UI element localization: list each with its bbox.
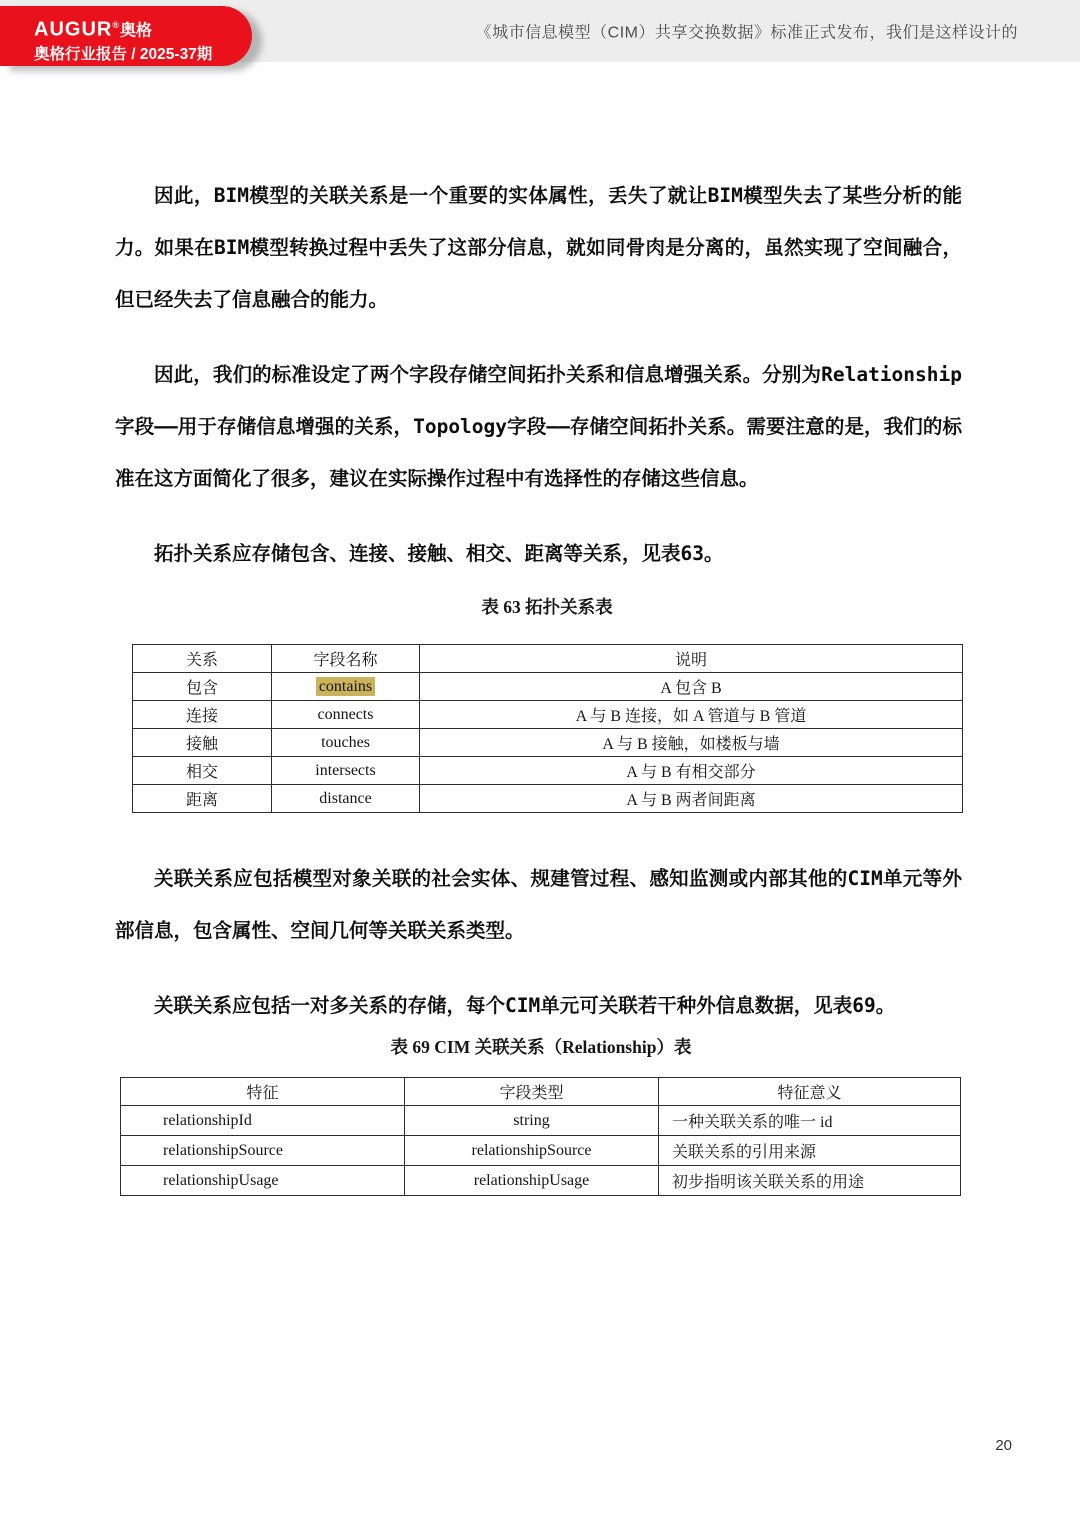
body-paragraph: 因此，BIM模型的关联关系是一个重要的实体属性，丢失了就让BIM模型失去了某些分… [115, 170, 962, 326]
table-cell: string [405, 1106, 659, 1136]
table-cell: 一种关联关系的唯一 id [659, 1106, 961, 1136]
brand-subtitle: 奥格行业报告 / 2025-37期 [34, 45, 252, 65]
table-cell: contains [272, 673, 420, 701]
body-paragraph: 关联关系应包括一对多关系的存储，每个CIM单元可关联若干种外信息数据，见表69。 [115, 980, 962, 1032]
table-cell: A 与 B 有相交部分 [420, 757, 963, 785]
table-cell: 初步指明该关联关系的用途 [659, 1166, 961, 1196]
table-header-cell: 特征意义 [659, 1078, 961, 1106]
table-cell: 距离 [133, 785, 272, 813]
table-cell: touches [272, 729, 420, 757]
header-bar: AUGUR®奥格 奥格行业报告 / 2025-37期 《城市信息模型（CIM）共… [0, 0, 1080, 62]
highlighted-text: contains [316, 677, 375, 696]
table-cell: 接触 [133, 729, 272, 757]
body-paragraph: 关联关系应包括模型对象关联的社会实体、规建管过程、感知监测或内部其他的CIM单元… [115, 853, 962, 957]
report-title: 《城市信息模型（CIM）共享交换数据》标准正式发布，我们是这样设计的 [476, 20, 1018, 43]
table-row: relationshipSourcerelationshipSource关联关系… [121, 1136, 961, 1166]
table-cell: 相交 [133, 757, 272, 785]
table-cell: relationshipUsage [405, 1166, 659, 1196]
table-header-cell: 关系 [133, 645, 272, 673]
table63-caption: 表 63 拓扑关系表 [132, 594, 962, 620]
brand-logo: AUGUR®奥格 [34, 14, 252, 43]
table-cell: connects [272, 701, 420, 729]
table-row: 包含containsA 包含 B [133, 673, 963, 701]
body-paragraph: 因此，我们的标准设定了两个字段存储空间拓扑关系和信息增强关系。分别为Relati… [115, 349, 962, 505]
document-body: 因此，BIM模型的关联关系是一个重要的实体属性，丢失了就让BIM模型失去了某些分… [115, 62, 962, 1196]
table-cell: A 与 B 接触，如楼板与墙 [420, 729, 963, 757]
cim-relationship-table: 特征字段类型特征意义relationshipIdstring一种关联关系的唯一 … [120, 1077, 961, 1196]
table69-caption: 表 69 CIM 关联关系（Relationship）表 [120, 1034, 962, 1060]
table-cell: relationshipSource [121, 1136, 405, 1166]
table-row: 连接connectsA 与 B 连接，如 A 管道与 B 管道 [133, 701, 963, 729]
table-header-cell: 字段类型 [405, 1078, 659, 1106]
table-row: 相交intersectsA 与 B 有相交部分 [133, 757, 963, 785]
page-number: 20 [995, 1437, 1012, 1454]
brand-logo-cn: 奥格 [120, 23, 152, 40]
table-cell: intersects [272, 757, 420, 785]
table-cell: relationshipSource [405, 1136, 659, 1166]
table-cell: relationshipUsage [121, 1166, 405, 1196]
table-row: 接触touchesA 与 B 接触，如楼板与墙 [133, 729, 963, 757]
table-header-cell: 说明 [420, 645, 963, 673]
table-cell: A 与 B 连接，如 A 管道与 B 管道 [420, 701, 963, 729]
table-cell: distance [272, 785, 420, 813]
brand-logo-text: AUGUR [34, 19, 112, 41]
table-cell: A 与 B 两者间距离 [420, 785, 963, 813]
table-cell: relationshipId [121, 1106, 405, 1136]
report-page: AUGUR®奥格 奥格行业报告 / 2025-37期 《城市信息模型（CIM）共… [0, 0, 1080, 1527]
brand-banner: AUGUR®奥格 奥格行业报告 / 2025-37期 [0, 6, 252, 66]
table-cell: A 包含 B [420, 673, 963, 701]
table-row: relationshipIdstring一种关联关系的唯一 id [121, 1106, 961, 1136]
table-header-cell: 特征 [121, 1078, 405, 1106]
table-cell: 连接 [133, 701, 272, 729]
table-row: relationshipUsagerelationshipUsage初步指明该关… [121, 1166, 961, 1196]
table-cell: 包含 [133, 673, 272, 701]
registered-trademark-symbol: ® [112, 20, 120, 30]
table-header-row: 关系字段名称说明 [133, 645, 963, 673]
table-cell: 关联关系的引用来源 [659, 1136, 961, 1166]
body-paragraph: 拓扑关系应存储包含、连接、接触、相交、距离等关系，见表63。 [115, 528, 962, 580]
table-row: 距离distanceA 与 B 两者间距离 [133, 785, 963, 813]
table-header-row: 特征字段类型特征意义 [121, 1078, 961, 1106]
topology-relations-table: 关系字段名称说明包含containsA 包含 B连接connectsA 与 B … [132, 644, 963, 813]
table-header-cell: 字段名称 [272, 645, 420, 673]
